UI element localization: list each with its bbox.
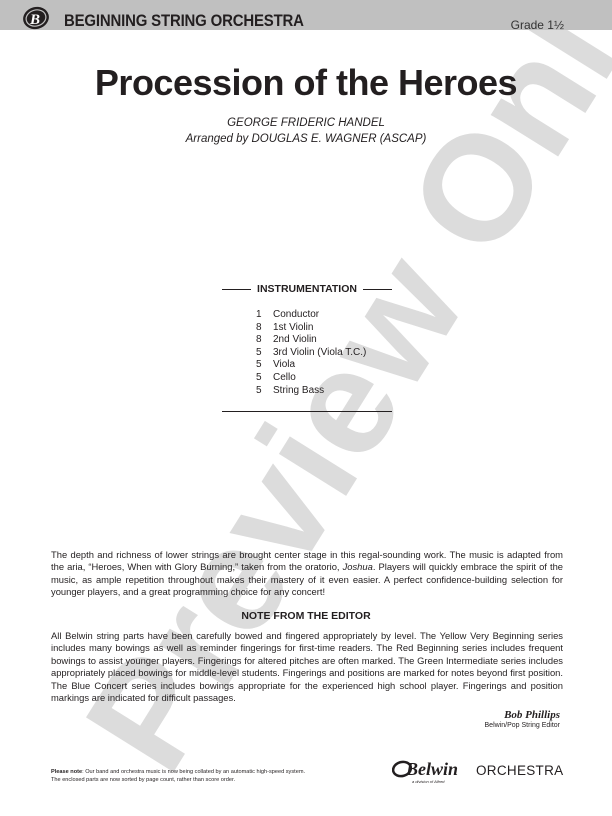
belwin-b-logo-icon: B [22, 5, 50, 31]
editor-note-text: All Belwin string parts have been carefu… [51, 630, 563, 704]
instrument-name: Cello [273, 372, 296, 385]
composer: GEORGE FRIDERIC HANDEL [0, 117, 612, 129]
instrument-quantity: 5 [256, 347, 273, 360]
instrumentation-item: 5String Bass [256, 385, 366, 398]
grade-level: Grade 1½ [511, 18, 564, 32]
instrumentation-item: 5Cello [256, 372, 366, 385]
instrument-quantity: 8 [256, 334, 273, 347]
instrument-name: Conductor [273, 309, 319, 322]
instrumentation-list: 1Conductor81st Violin82nd Violin53rd Vio… [256, 309, 366, 397]
brand-orchestra: ORCHESTRA [476, 763, 563, 778]
series-header-bar: B BEGINNING STRING ORCHESTRA Grade 1½ [0, 0, 612, 30]
instrumentation-item: 81st Violin [256, 322, 366, 335]
instrument-quantity: 8 [256, 322, 273, 335]
heading-rule-left [222, 289, 251, 290]
instrument-quantity: 5 [256, 372, 273, 385]
instrument-quantity: 5 [256, 385, 273, 398]
instrument-quantity: 5 [256, 359, 273, 372]
piece-description: The depth and richness of lower strings … [51, 549, 563, 599]
collation-note-label: Please note [51, 769, 82, 775]
series-title: BEGINNING STRING ORCHESTRA [64, 11, 304, 31]
instrumentation-item: 5Viola [256, 359, 366, 372]
instrument-name: 1st Violin [273, 322, 313, 335]
heading-rule-right [363, 289, 392, 290]
arranger: Arranged by DOUGLAS E. WAGNER (ASCAP) [0, 133, 612, 145]
brand-name: Belwin [406, 759, 458, 780]
instrument-name: Viola [273, 359, 295, 372]
instrument-name: 3rd Violin (Viola T.C.) [273, 347, 366, 360]
instrumentation-item: 82nd Violin [256, 334, 366, 347]
belwin-orchestra-brand: Belwin a division of Alfred ORCHESTRA [392, 758, 567, 786]
editor-title: Belwin/Pop String Editor [485, 722, 560, 729]
editor-signature: Bob Phillips [504, 709, 560, 721]
instrument-quantity: 1 [256, 309, 273, 322]
description-oratorio-title: Joshua [343, 561, 373, 572]
collation-note: Please note: Our band and orchestra musi… [51, 768, 305, 784]
instrumentation-bottom-rule [222, 411, 392, 412]
instrumentation-item: 1Conductor [256, 309, 366, 322]
svg-text:B: B [29, 12, 40, 28]
instrumentation-heading: INSTRUMENTATION [222, 283, 392, 295]
brand-subtitle: a division of Alfred [412, 779, 445, 784]
instrumentation-item: 53rd Violin (Viola T.C.) [256, 347, 366, 360]
editor-note-heading: NOTE FROM THE EDITOR [0, 610, 612, 622]
collation-note-line-1: : Our band and orchestra music is now be… [82, 769, 305, 775]
instrumentation-heading-label: INSTRUMENTATION [257, 283, 357, 295]
instrument-name: String Bass [273, 385, 324, 398]
instrument-name: 2nd Violin [273, 334, 317, 347]
collation-note-line-2: The enclosed parts are now sorted by pag… [51, 777, 235, 783]
piece-title: Procession of the Heroes [0, 62, 612, 104]
